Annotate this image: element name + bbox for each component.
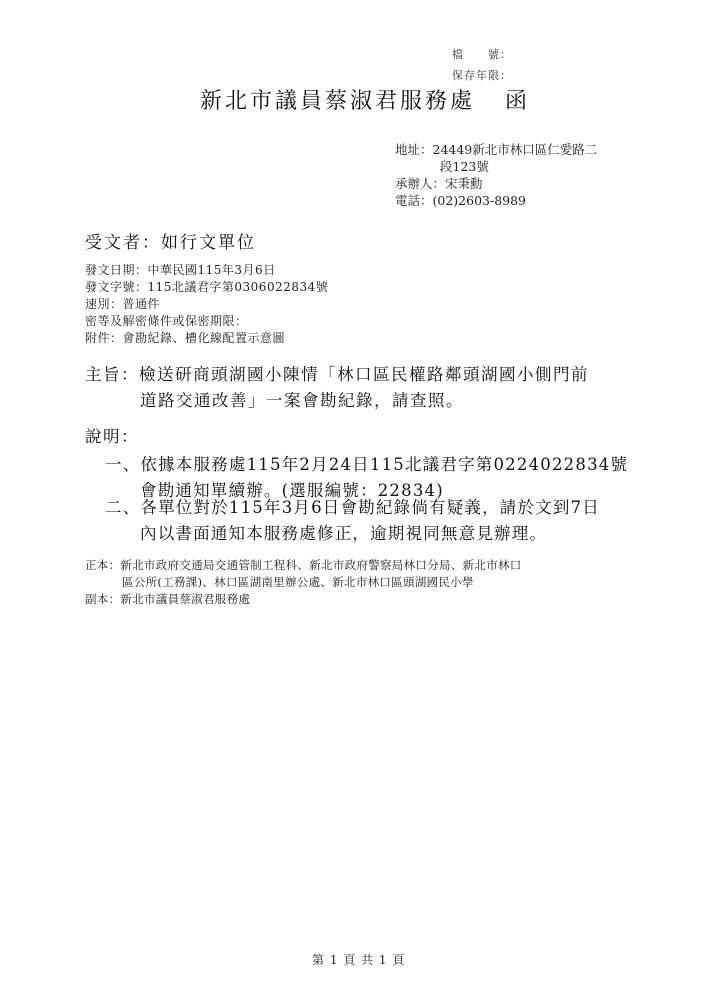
contact-block: 地址：24449新北市林口區仁愛路二 段123號 承辦人：宋秉勳 電話：(02)… <box>395 141 597 209</box>
issue-date: 發文日期：中華民國115年3月6日 <box>85 262 328 279</box>
secrecy: 密等及解密條件或保密期限： <box>85 313 328 330</box>
address-line-2: 段123號 <box>395 158 597 175</box>
address-line-1: 地址：24449新北市林口區仁愛路二 <box>395 141 597 158</box>
item-1-line-1: 一、依據本服務處115年2月24日115北議君字第0224022834號 <box>105 452 628 478</box>
office-name: 新北市議員蔡淑君服務處 <box>200 89 475 114</box>
attachment: 附件：會勘紀錄、槽化線配置示意圖 <box>85 330 328 347</box>
subject-line-2: 道路交通改善」一案會勘紀錄，請查照。 <box>85 388 589 414</box>
subject-block: 主旨：檢送研商頭湖國小陳情「林口區民權路鄰頭湖國小側門前 道路交通改善」一案會勘… <box>85 362 589 414</box>
distribution-block: 正本：新北市政府交通局交通管制工程科、新北市政府警察局林口分局、新北市林口 區公… <box>85 557 522 608</box>
document-title: 新北市議員蔡淑君服務處函 <box>200 84 530 115</box>
doc-type: 函 <box>505 89 530 114</box>
original-recipients-line-2: 區公所(工務課)、林口區湖南里辦公處、新北市林口區頭湖國民小學 <box>85 574 522 591</box>
explanation-item-2: 二、各單位對於115年3月6日會勘紀錄倘有疑義，請於文到7日 內以書面通知本服務… <box>105 495 600 547</box>
speed: 速別：普通件 <box>85 296 328 313</box>
item-2-line-2: 內以書面通知本服務處修正，逾期視同無意見辦理。 <box>105 521 600 547</box>
info-block: 發文日期：中華民國115年3月6日 發文字號：115北議君字第030602283… <box>85 262 328 347</box>
copy-recipients: 副本：新北市議員蔡淑君服務處 <box>85 591 522 608</box>
recipient: 受文者：如行文單位 <box>85 228 256 253</box>
subject-line-1: 主旨：檢送研商頭湖國小陳情「林口區民權路鄰頭湖國小側門前 <box>85 362 589 388</box>
doc-number: 發文字號：115北議君字第0306022834號 <box>85 279 328 296</box>
handler: 承辦人：宋秉勳 <box>395 175 597 192</box>
retention-label: 保存年限： <box>452 67 512 83</box>
original-recipients-line-1: 正本：新北市政府交通局交通管制工程科、新北市政府警察局林口分局、新北市林口 <box>85 557 522 574</box>
page-number: 第 1 頁 共 1 頁 <box>312 951 405 968</box>
explanation-heading: 說明： <box>85 423 139 447</box>
file-number-label: 檔 號： <box>452 46 512 62</box>
item-2-line-1: 二、各單位對於115年3月6日會勘紀錄倘有疑義，請於文到7日 <box>105 495 600 521</box>
phone: 電話：(02)2603-8989 <box>395 192 597 209</box>
